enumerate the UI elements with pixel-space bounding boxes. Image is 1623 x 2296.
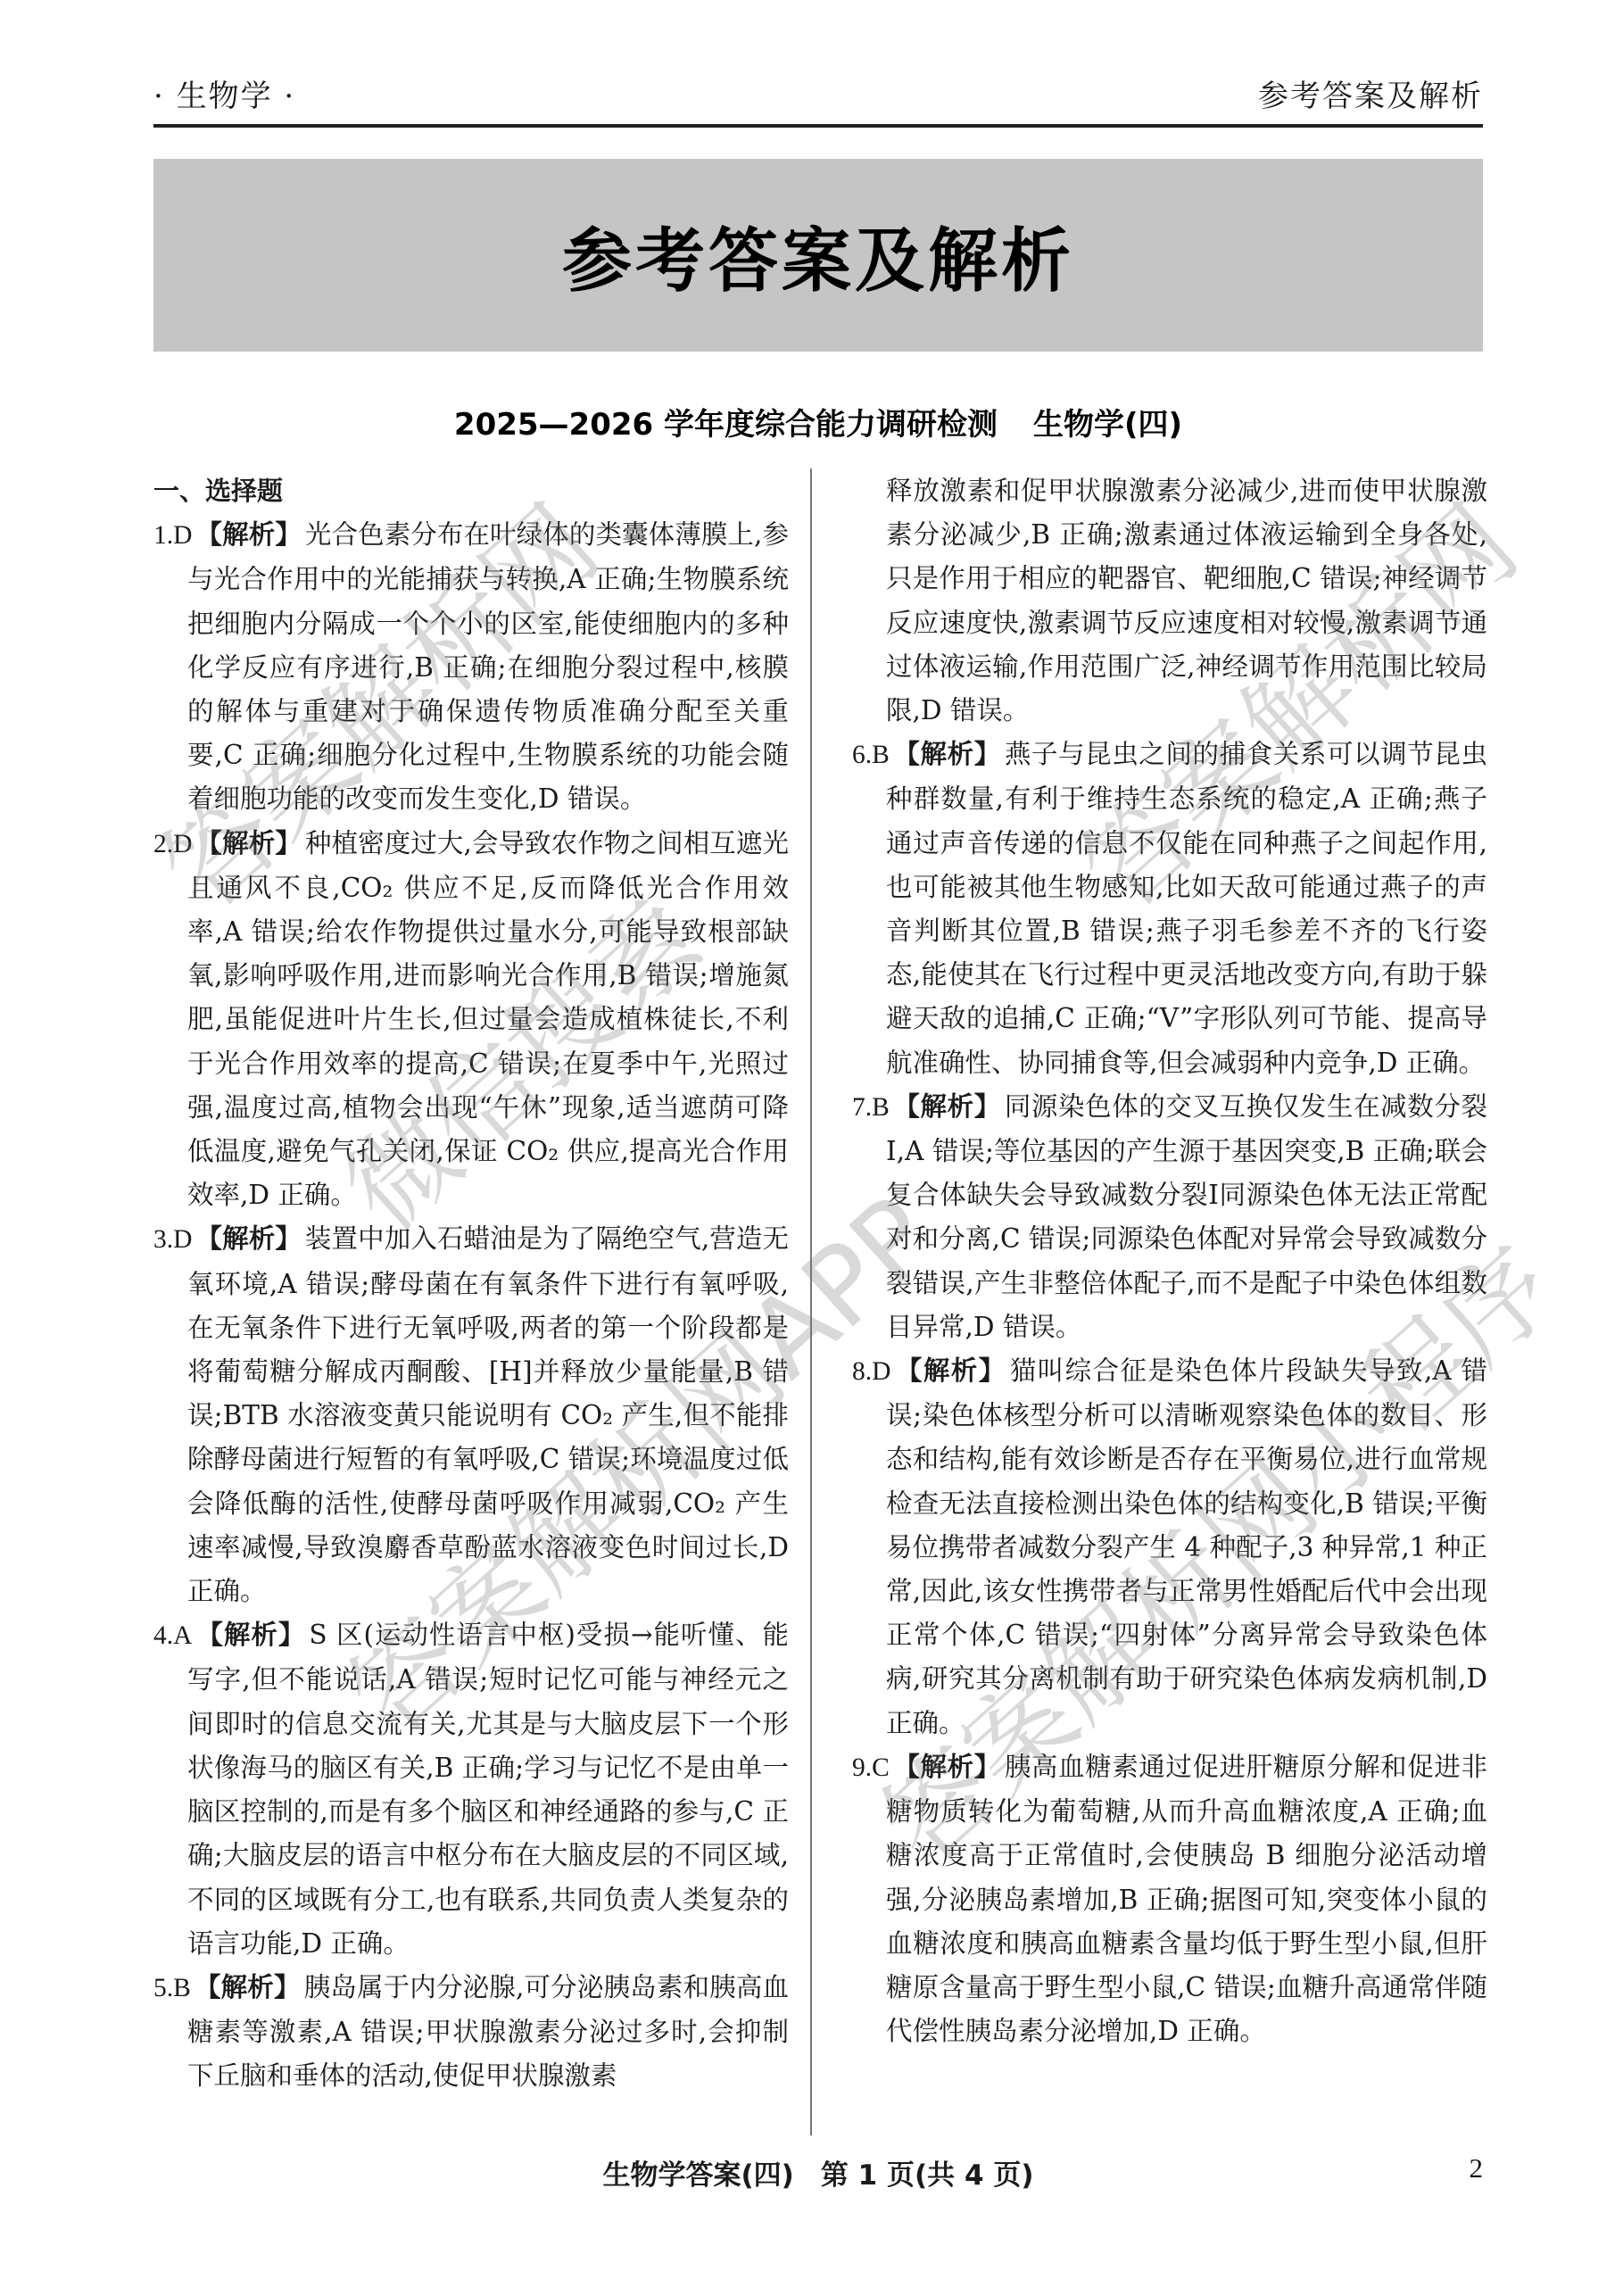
page-title: 参考答案及解析	[562, 205, 1074, 305]
analysis-tag: 【解析】	[195, 1620, 305, 1650]
left-column: 一、选择题 1.D【解析】光合色素分布在叶绿体的类囊体薄膜上,参与光合作用中的光…	[153, 469, 789, 2099]
answer-item-4: 4.A【解析】S 区(运动性语言中枢)受损→能听懂、能写字,但不能说话,A 错误…	[153, 1613, 789, 1966]
right-column: 释放激素和促甲状腺激素分泌减少,进而使甲状腺激素分泌减少,B 正确;激素通过体液…	[852, 469, 1487, 2053]
answer-text: 种植密度过大,会导致农作物之间相互遮光且通风不良,CO₂ 供应不足,反而降低光合…	[187, 828, 789, 1211]
answer-text: 释放激素和促甲状腺激素分泌减少,进而使甲状腺激素分泌减少,B 正确;激素通过体液…	[886, 476, 1487, 725]
answer-number: 7.B	[852, 1093, 890, 1122]
answer-number: 4.A	[153, 1621, 192, 1650]
header-title: 参考答案及解析	[1258, 71, 1483, 115]
page-footer: 生物学答案(四)第 1 页(共 4 页) 2	[153, 2152, 1483, 2197]
analysis-tag: 【解析】	[893, 1752, 1001, 1782]
answer-number: 5.B	[153, 1974, 191, 2002]
answer-text: 装置中加入石蜡油是为了隔绝空气,营造无氧环境,A 错误;酵母菌在有氧条件下进行有…	[187, 1223, 789, 1606]
exam-name: 2025—2026 学年度综合能力调研检测	[454, 407, 998, 443]
footer-label: 生物学答案(四)第 1 页(共 4 页)	[153, 2152, 1483, 2192]
answer-number: 1.D	[153, 521, 192, 550]
answer-item-8: 8.D【解析】猫叫综合征是染色体片段缺失导致,A 错误;染色体核型分析可以清晰观…	[852, 1349, 1487, 1745]
answer-number: 3.D	[153, 1225, 192, 1254]
analysis-tag: 【解析】	[195, 1223, 301, 1254]
column-divider	[810, 468, 812, 2135]
answer-item-9: 9.C【解析】胰高血糖素通过促进肝糖原分解和促进非糖物质转化为葡萄糖,从而升高血…	[852, 1745, 1487, 2053]
footer-page-info: 第 1 页(共 4 页)	[821, 2159, 1034, 2192]
answer-number: 9.C	[852, 1753, 890, 1782]
subject-label: · 生物学 ·	[153, 71, 295, 115]
analysis-tag: 【解析】	[894, 1355, 1006, 1386]
answer-number: 8.D	[852, 1357, 890, 1386]
header-divider	[153, 124, 1483, 128]
analysis-tag: 【解析】	[195, 828, 301, 858]
exam-subject: 生物学(四)	[1033, 407, 1182, 443]
page-number: 2	[1470, 2152, 1484, 2184]
running-header: · 生物学 · 参考答案及解析	[153, 71, 1483, 127]
exam-subtitle: 2025—2026 学年度综合能力调研检测生物学(四)	[153, 400, 1483, 443]
answer-text: 燕子与昆虫之间的捕食关系可以调节昆虫种群数量,有利于维持生态系统的稳定,A 正确…	[886, 739, 1487, 1077]
analysis-tag: 【解析】	[893, 739, 1001, 769]
answer-item-2: 2.D【解析】种植密度过大,会导致农作物之间相互遮光且通风不良,CO₂ 供应不足…	[153, 822, 789, 1218]
answer-item-7: 7.B【解析】同源染色体的交叉互换仅发生在减数分裂Ⅰ,A 错误;等位基因的产生源…	[852, 1085, 1487, 1349]
answer-item-6: 6.B【解析】燕子与昆虫之间的捕食关系可以调节昆虫种群数量,有利于维持生态系统的…	[852, 733, 1487, 1085]
answer-text: S 区(运动性语言中枢)受损→能听懂、能写字,但不能说话,A 错误;短时记忆可能…	[187, 1620, 789, 1958]
footer-doc-name: 生物学答案(四)	[603, 2159, 794, 2192]
analysis-tag: 【解析】	[195, 519, 301, 550]
answer-text: 猫叫综合征是染色体片段缺失导致,A 错误;染色体核型分析可以清晰观察染色体的数目…	[886, 1355, 1487, 1738]
answer-text: 胰高血糖素通过促进肝糖原分解和促进非糖物质转化为葡萄糖,从而升高血糖浓度,A 正…	[886, 1752, 1487, 2046]
answer-item-5: 5.B【解析】胰岛属于内分泌腺,可分泌胰岛素和胰高血糖素等激素,A 错误;甲状腺…	[153, 1966, 789, 2099]
answer-text: 同源染色体的交叉互换仅发生在减数分裂Ⅰ,A 错误;等位基因的产生源于基因突变,B…	[886, 1091, 1487, 1342]
answer-text: 光合色素分布在叶绿体的类囊体薄膜上,参与光合作用中的光能捕获与转换,A 正确;生…	[187, 519, 789, 814]
analysis-tag: 【解析】	[893, 1091, 1001, 1122]
title-banner: 参考答案及解析	[153, 159, 1483, 352]
answer-item-1: 1.D【解析】光合色素分布在叶绿体的类囊体薄膜上,参与光合作用中的光能捕获与转换…	[153, 513, 789, 821]
answer-item-5-continued: 释放激素和促甲状腺激素分泌减少,进而使甲状腺激素分泌减少,B 正确;激素通过体液…	[852, 469, 1487, 733]
analysis-tag: 【解析】	[195, 1972, 301, 2002]
answer-number: 2.D	[153, 830, 192, 858]
section-heading: 一、选择题	[153, 469, 789, 513]
answer-item-3: 3.D【解析】装置中加入石蜡油是为了隔绝空气,营造无氧环境,A 错误;酵母菌在有…	[153, 1217, 789, 1613]
answer-number: 6.B	[852, 741, 890, 769]
